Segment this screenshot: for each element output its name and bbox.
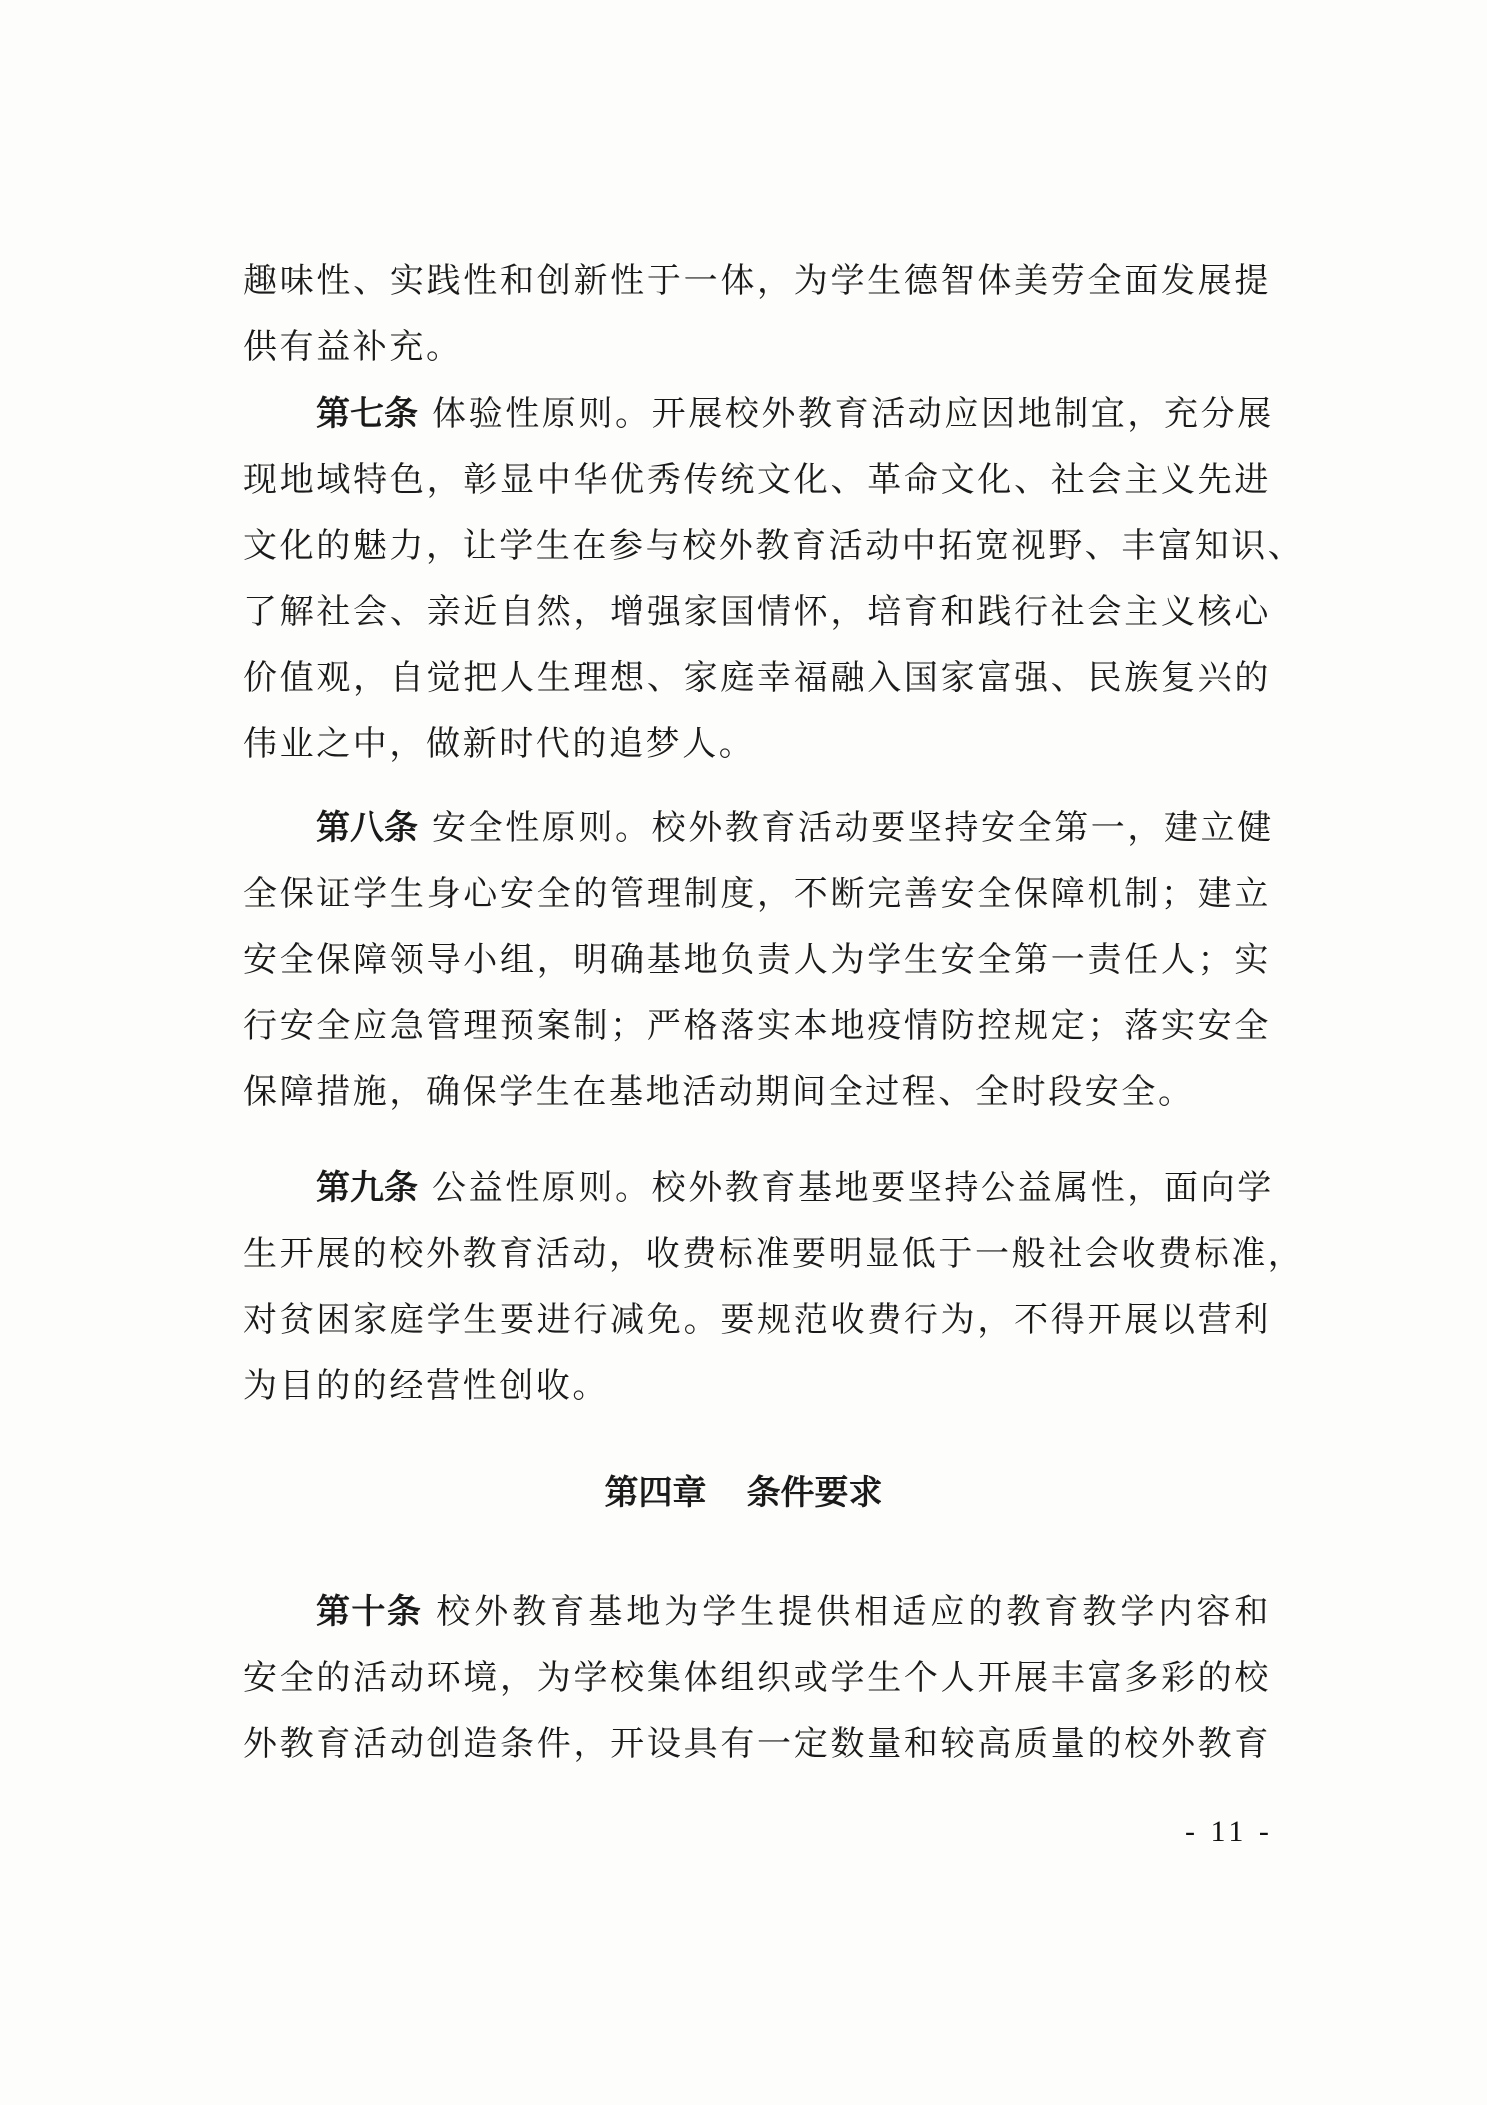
article-label: 第九条: [316, 1168, 418, 1208]
chapter-number: 第四章: [605, 1473, 707, 1513]
document-page: 趣味性、实践性和创新性于一体，为学生德智体美劳全面发展提 供有益补充。 第七条体…: [0, 0, 1487, 2105]
article-label: 第八条: [316, 808, 418, 848]
chapter-title: 条件要求: [747, 1473, 883, 1513]
chapter-heading: 第四章条件要求: [0, 1471, 1487, 1515]
text-line: 对贫困家庭学生要进行减免。要规范收费行为，不得开展以营利: [243, 1298, 1271, 1342]
text-line: 现地域特色，彰显中华优秀传统文化、革命文化、社会主义先进: [243, 458, 1271, 502]
text-line: 保障措施，确保学生在基地活动期间全过程、全时段安全。: [243, 1070, 1271, 1114]
text-line: 校外教育基地为学生提供相适应的教育教学内容和: [436, 1592, 1271, 1632]
article-7-first-line: 第七条体验性原则。开展校外教育活动应因地制宜，充分展: [316, 392, 1271, 436]
text-line: 为目的的经营性创收。: [243, 1364, 1271, 1408]
text-line: 体验性原则。开展校外教育活动应因地制宜，充分展: [432, 394, 1274, 434]
article-label: 第十条: [316, 1592, 422, 1632]
text-line: 生开展的校外教育活动，收费标准要明显低于一般社会收费标准，: [243, 1232, 1271, 1276]
text-line: 伟业之中，做新时代的追梦人。: [243, 722, 1271, 766]
text-line: 供有益补充。: [243, 325, 1271, 369]
article-9-first-line: 第九条公益性原则。校外教育基地要坚持公益属性，面向学: [316, 1166, 1271, 1210]
article-8-first-line: 第八条安全性原则。校外教育活动要坚持安全第一，建立健: [316, 806, 1271, 850]
text-line: 安全的活动环境，为学校集体组织或学生个人开展丰富多彩的校: [243, 1656, 1271, 1700]
text-line: 文化的魅力，让学生在参与校外教育活动中拓宽视野、丰富知识、: [243, 524, 1271, 568]
text-line: 外教育活动创造条件，开设具有一定数量和较高质量的校外教育: [243, 1722, 1271, 1766]
text-line: 安全保障领导小组，明确基地负责人为学生安全第一责任人；实: [243, 938, 1271, 982]
article-label: 第七条: [316, 394, 418, 434]
article-10-first-line: 第十条校外教育基地为学生提供相适应的教育教学内容和: [316, 1590, 1271, 1634]
text-line: 价值观，自觉把人生理想、家庭幸福融入国家富强、民族复兴的: [243, 656, 1271, 700]
text-line: 全保证学生身心安全的管理制度，不断完善安全保障机制；建立: [243, 872, 1271, 916]
text-line: 公益性原则。校外教育基地要坚持公益属性，面向学: [432, 1168, 1274, 1208]
text-line: 趣味性、实践性和创新性于一体，为学生德智体美劳全面发展提: [243, 259, 1271, 303]
text-line: 行安全应急管理预案制；严格落实本地疫情防控规定；落实安全: [243, 1004, 1271, 1048]
text-line: 了解社会、亲近自然，增强家国情怀，培育和践行社会主义核心: [243, 590, 1271, 634]
page-number: - 11 -: [1185, 1815, 1273, 1849]
text-line: 安全性原则。校外教育活动要坚持安全第一，建立健: [432, 808, 1274, 848]
